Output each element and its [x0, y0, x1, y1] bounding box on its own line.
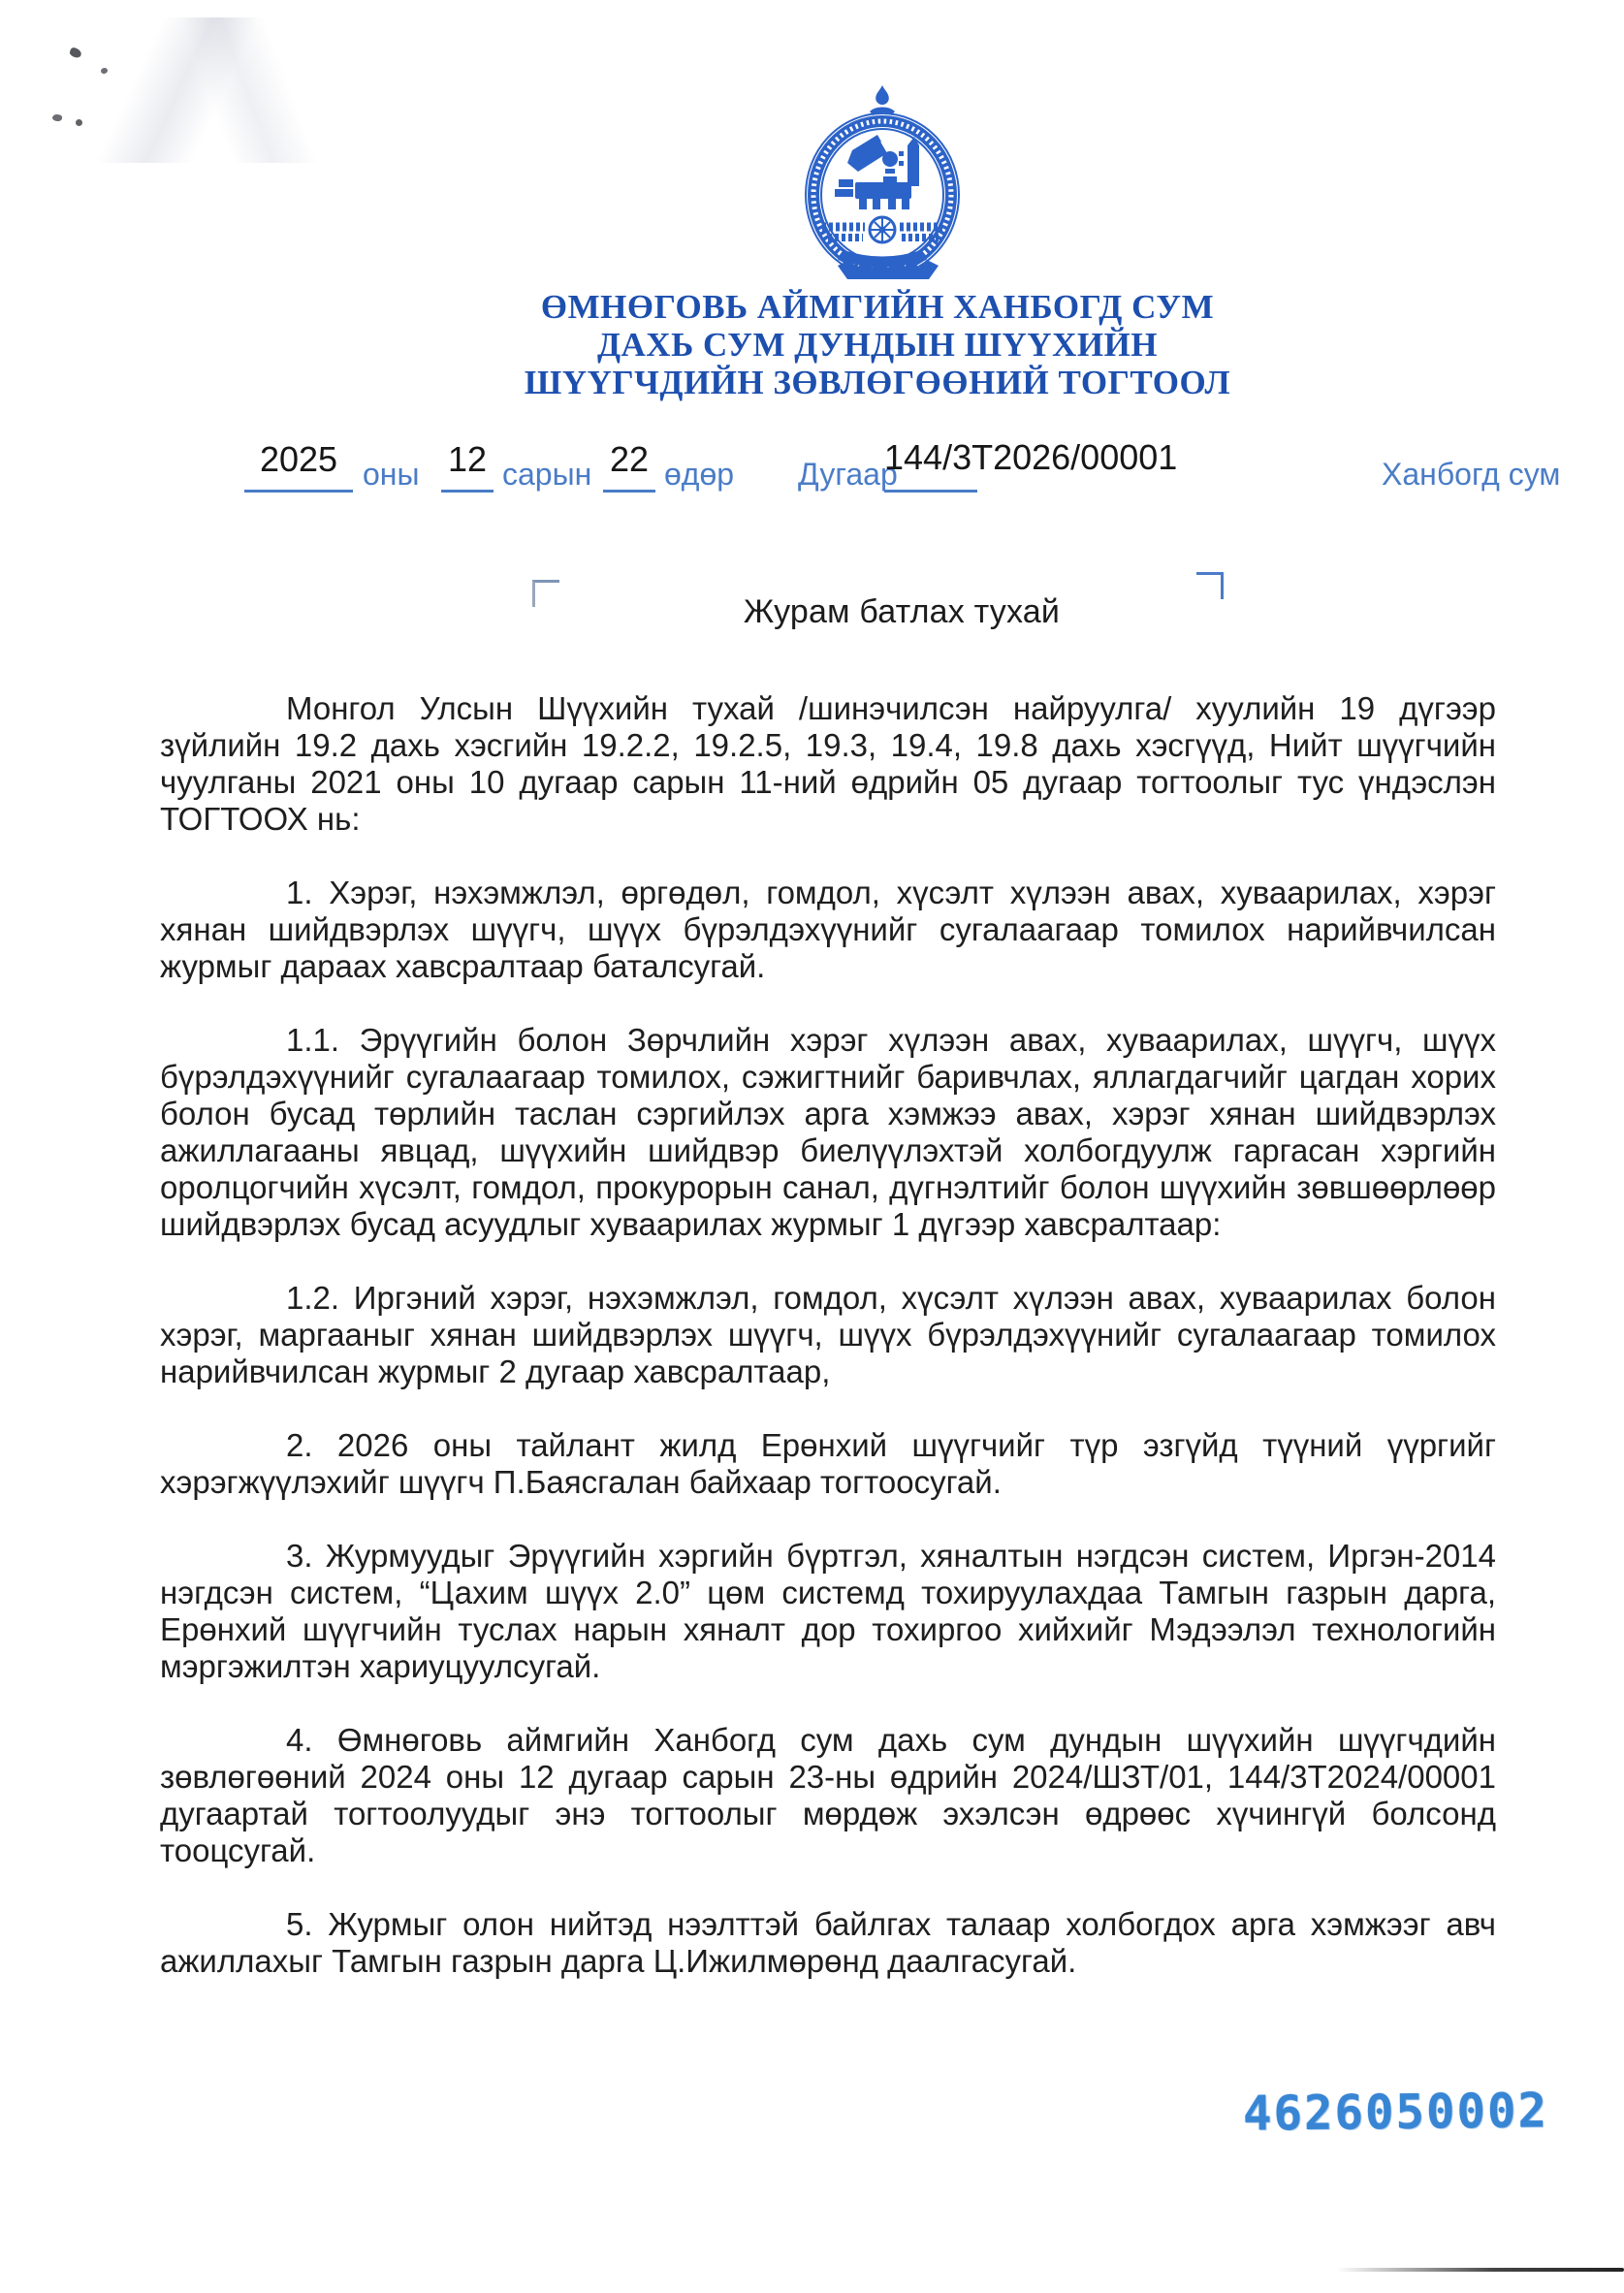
document-body: Монгол Улсын Шүүхийн тухай /шинэчилсэн н… [160, 690, 1496, 2017]
court-name-header: ӨМНӨГОВЬ АЙМГИЙН ХАНБОГД СУМ ДАХЬ СУМ ДУ… [393, 288, 1362, 401]
document-number-blank: 144/3Т2026/00001 [884, 433, 977, 493]
scanned-document-page: ӨМНӨГОВЬ АЙМГИЙН ХАНБОГД СУМ ДАХЬ СУМ ДУ… [0, 0, 1624, 2293]
scan-streak [27, 17, 347, 163]
document-title: Журам батлах тухай [179, 593, 1624, 631]
paragraph: 2. 2026 оны тайлант жилд Ерөнхий шүүгчий… [160, 1427, 1496, 1501]
court-name-line: ӨМНӨГОВЬ АЙМГИЙН ХАНБОГД СУМ [393, 288, 1362, 326]
month-label: сарын [502, 457, 591, 493]
day-blank: 22 [603, 433, 655, 493]
day-value: 22 [610, 442, 649, 477]
year-label: оны [363, 457, 419, 493]
scan-edge-artifact [1336, 2268, 1624, 2272]
paragraph: 1.2. Иргэний хэрэг, нэхэмжлэл, гомдол, х… [160, 1280, 1496, 1390]
month-value: 12 [448, 442, 487, 477]
month-blank: 12 [441, 433, 494, 493]
stamp-number: 4626050002 [1243, 2083, 1549, 2141]
document-number-value: 144/3Т2026/00001 [884, 440, 1177, 475]
paragraph: 4. Өмнөговь аймгийн Ханбогд сум дахь сум… [160, 1722, 1496, 1869]
scan-smudge [100, 67, 108, 74]
paragraph: 5. Журмыг олон нийтэд нээлттэй байлгах т… [160, 1906, 1496, 1980]
paragraph: Монгол Улсын Шүүхийн тухай /шинэчилсэн н… [160, 690, 1496, 838]
date-number-line: 2025 оны 12 сарын 22 өдөр Дугаар 144/3Т2… [0, 434, 1624, 496]
court-name-line: ШҮҮГЧДИЙН ЗӨВЛӨГӨӨНИЙ ТОГТООЛ [393, 364, 1362, 401]
day-label: өдөр [664, 457, 734, 493]
year-value: 2025 [260, 442, 337, 477]
scan-smudge [76, 119, 82, 126]
paragraph: 1.1. Эрүүгийн болон Зөрчлийн хэрэг хүлээ… [160, 1022, 1496, 1243]
mongolia-state-emblem-icon [795, 81, 970, 287]
place-name: Ханбогд сум [1382, 457, 1560, 493]
year-blank: 2025 [244, 433, 353, 493]
scan-smudge [52, 113, 63, 121]
paragraph: 3. Журмуудыг Эрүүгийн хэргийн бүртгэл, х… [160, 1538, 1496, 1685]
paragraph: 1. Хэрэг, нэхэмжлэл, өргөдөл, гомдол, хү… [160, 875, 1496, 985]
court-name-line: ДАХЬ СУМ ДУНДЫН ШҮҮХИЙН [393, 326, 1362, 364]
document-number-label: Дугаар [798, 457, 898, 493]
scan-smudge [69, 47, 83, 59]
